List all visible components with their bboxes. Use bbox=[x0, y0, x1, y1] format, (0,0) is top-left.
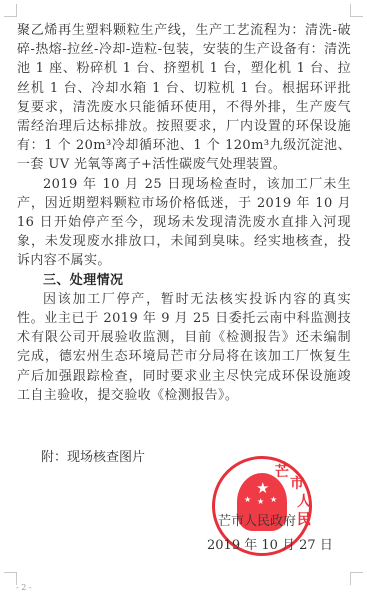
paragraph-inspection: 2019 年 10 月 25 日现场检查时，该加工厂未生产，因近期塑料颗粒市场价… bbox=[17, 175, 351, 271]
attachment-note: 附：现场核查图片 bbox=[41, 446, 145, 465]
seal-text-char: 人 bbox=[297, 491, 311, 511]
page-number: - 2 - bbox=[16, 583, 32, 592]
seal-text-char: 市 bbox=[290, 473, 304, 493]
section-heading: 三、处理情况 bbox=[17, 271, 351, 290]
seal-text-char: 芒 bbox=[275, 461, 289, 481]
page-corner-mark-bottom-right bbox=[350, 572, 363, 585]
paragraph-handling: 因该加工厂停产，暂时无法核实投诉内容的真实性。业主已于 2019 年 9 月 2… bbox=[17, 290, 351, 405]
page-corner-mark-top-left bbox=[4, 4, 17, 17]
page-corner-mark-top-right bbox=[350, 4, 363, 17]
seal-text-char: 民 bbox=[297, 509, 311, 529]
signature-organization: 芒市人民政府 bbox=[218, 510, 296, 529]
document-body: 聚乙烯再生塑料颗粒生产线，生产工艺流程为：清洗-破碎-热熔-拉丝-冷却-造粒-包… bbox=[17, 21, 351, 405]
signature-date: 2019 年 10 月 27 日 bbox=[207, 534, 333, 553]
paragraph-facilities: 聚乙烯再生塑料颗粒生产线，生产工艺流程为：清洗-破碎-热熔-拉丝-冷却-造粒-包… bbox=[17, 21, 351, 175]
